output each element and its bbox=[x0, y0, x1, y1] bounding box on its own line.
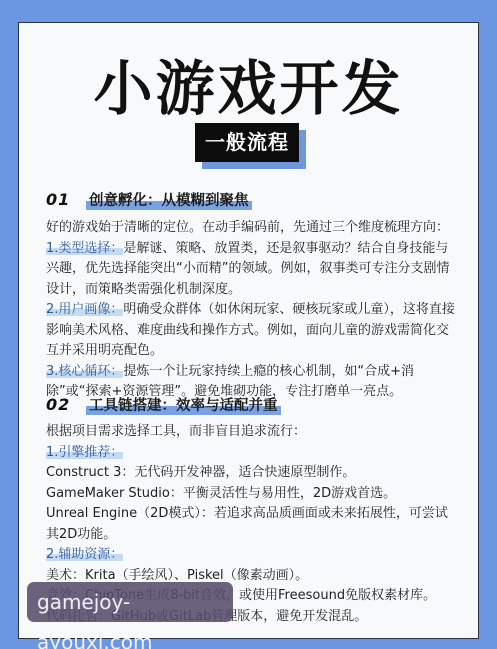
section-number: 02 bbox=[46, 395, 86, 414]
group-label-line: 1.引擎推荐： bbox=[46, 443, 458, 464]
section-number: 01 bbox=[46, 190, 86, 209]
list-item: 1.类型选择：是解谜、策略、放置类，还是叙事驱动？结合自身技能与兴趣，优先选择能… bbox=[46, 239, 458, 301]
section-intro: 好的游戏始于清晰的定位。在动手编码前，先通过三个维度梳理方向： bbox=[46, 218, 458, 239]
section-title: 创意孵化：从模糊到聚焦 bbox=[86, 189, 252, 210]
item-label: 3.核心循环： bbox=[46, 364, 123, 379]
subtitle-badge: 一般流程 bbox=[195, 123, 299, 162]
section-body-01: 好的游戏始于清晰的定位。在动手编码前，先通过三个维度梳理方向： 1.类型选择：是… bbox=[46, 218, 458, 403]
section-intro: 根据项目需求选择工具，而非盲目追求流行： bbox=[46, 422, 458, 443]
section-header-01: 01 创意孵化：从模糊到聚焦 bbox=[46, 188, 252, 210]
section-header-02: 02 工具链搭建：效率与适配并重 bbox=[46, 393, 281, 415]
group-label: 2.辅助资源： bbox=[46, 547, 123, 562]
list-line: GameMaker Studio：平衡灵活性与易用性，2D游戏首选。 bbox=[46, 484, 458, 505]
item-label: 2.用户画像： bbox=[46, 302, 123, 317]
group-label-line: 2.辅助资源： bbox=[46, 545, 458, 566]
poster-card: 小游戏开发 一般流程 01 创意孵化：从模糊到聚焦 好的游戏始于清晰的定位。在动… bbox=[18, 22, 479, 639]
group-label: 1.引擎推荐： bbox=[46, 445, 123, 460]
list-line: Unreal Engine（2D模式）：若追求高品质画面或未来拓展性，可尝试其2… bbox=[46, 504, 458, 545]
section-title: 工具链搭建：效率与适配并重 bbox=[86, 394, 281, 415]
list-item: 2.用户画像：明确受众群体（如休闲玩家、硬核玩家或儿童），这将直接影响美术风格、… bbox=[46, 300, 458, 362]
main-title: 小游戏开发 bbox=[19, 57, 478, 121]
item-label: 1.类型选择： bbox=[46, 241, 123, 256]
list-line: Construct 3：无代码开发神器，适合快速原型制作。 bbox=[46, 463, 458, 484]
subtitle-text: 一般流程 bbox=[195, 123, 299, 162]
watermark: gamejoy-ayouxi.com bbox=[27, 582, 233, 622]
